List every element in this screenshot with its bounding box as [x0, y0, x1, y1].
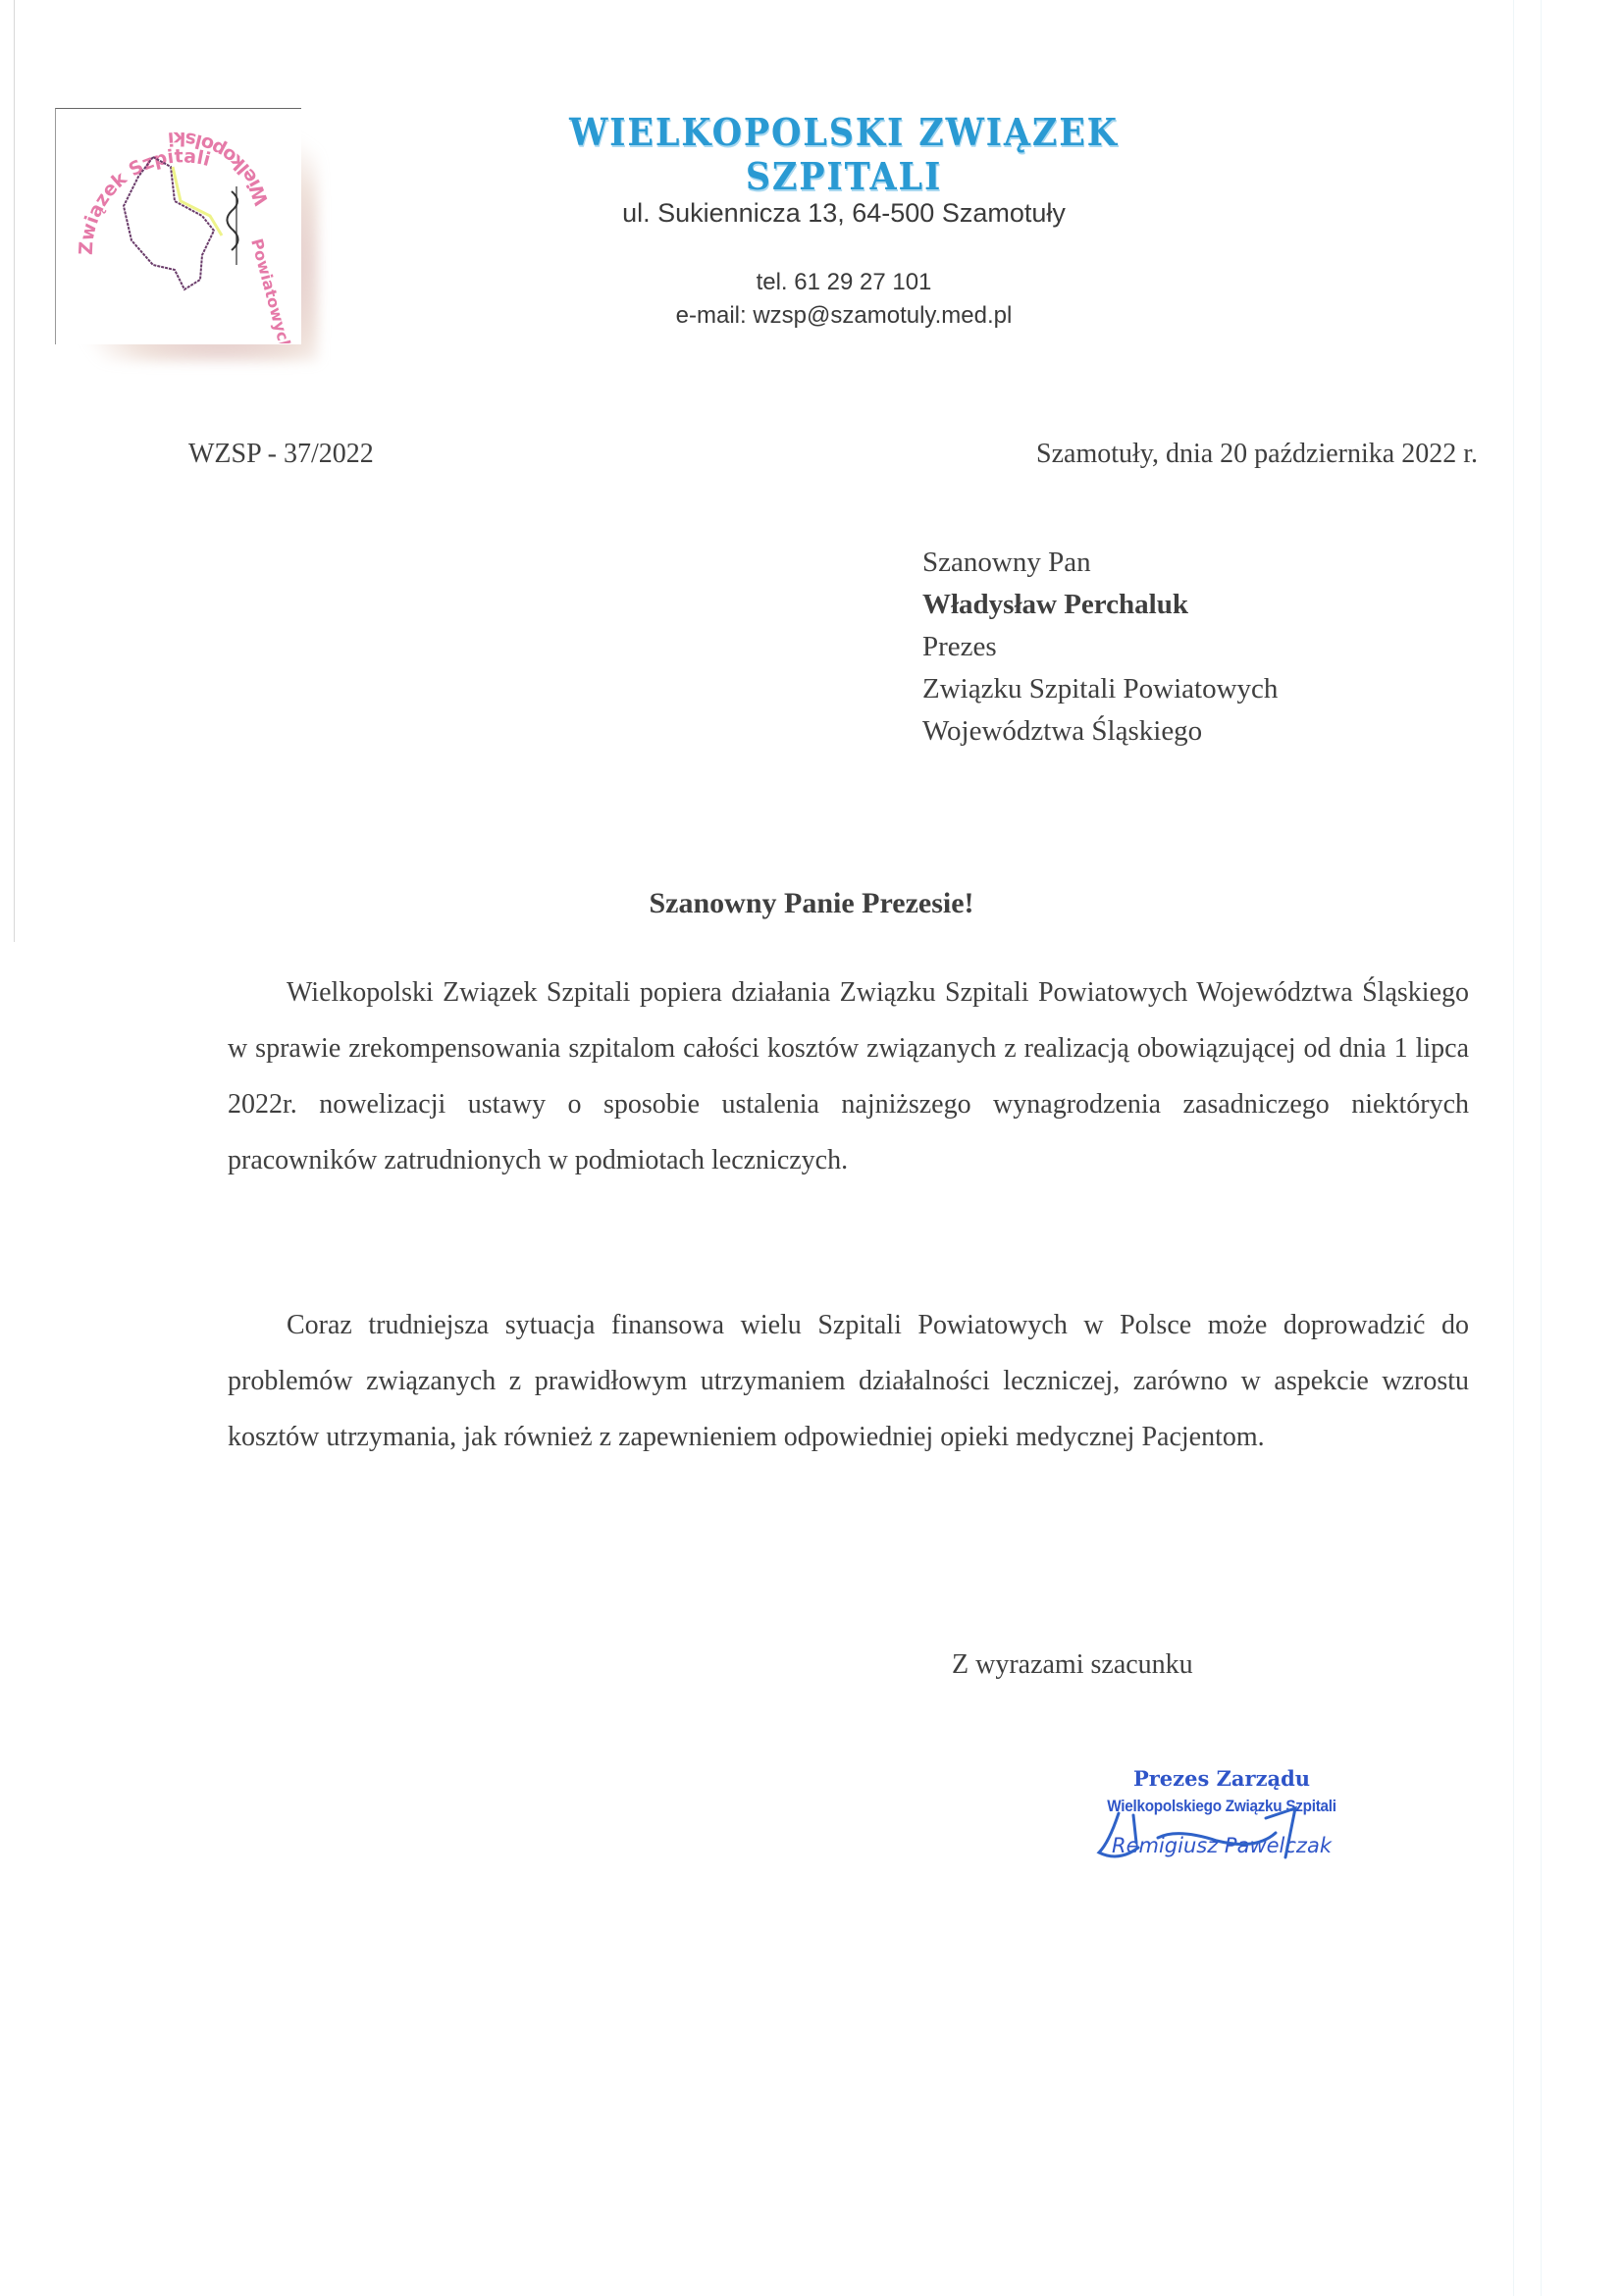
- organization-email: e-mail: wzsp@szamotuly.med.pl: [471, 302, 1217, 330]
- recipient-name: Władysław Perchaluk: [922, 584, 1278, 626]
- wielkopolska-map-and-asclepius-icon: Związek Szpitali Wielkopolski Powiatowyc…: [55, 108, 300, 343]
- reference-number: WZSP - 37/2022: [188, 439, 374, 470]
- organization-address: ul. Sukiennicza 13, 64-500 Szamotuły: [471, 198, 1217, 229]
- handwritten-signature-icon: [1089, 1803, 1344, 1872]
- closing-phrase: Z wyrazami szacunku: [952, 1649, 1193, 1681]
- recipient-org-line1: Związku Szpitali Powiatowych: [922, 668, 1278, 710]
- organization-logo: Związek Szpitali Wielkopolski Powiatowyc…: [55, 108, 300, 343]
- organization-phone: tel. 61 29 27 101: [471, 269, 1217, 296]
- salutation: Szanowny Panie Prezesie!: [0, 887, 1623, 920]
- recipient-block: Szanowny Pan Władysław Perchaluk Prezes …: [922, 542, 1278, 753]
- place-and-date: Szamotuły, dnia 20 października 2022 r.: [1036, 439, 1478, 470]
- scan-guide-line: [1541, 0, 1542, 2296]
- scan-edge-line: [14, 0, 15, 942]
- stamp-title: Prezes Zarządu: [1079, 1766, 1364, 1791]
- svg-text:Powiatowych: Powiatowych: [247, 236, 295, 343]
- scan-guide-line: [1513, 0, 1514, 2296]
- body-paragraph: Wielkopolski Związek Szpitali popiera dz…: [228, 965, 1469, 1188]
- letter-page: Związek Szpitali Wielkopolski Powiatowyc…: [0, 0, 1623, 2296]
- recipient-org-line2: Województwa Śląskiego: [922, 710, 1278, 753]
- recipient-title: Prezes: [922, 626, 1278, 668]
- body-paragraph: Coraz trudniejsza sytuacja finansowa wie…: [228, 1297, 1469, 1465]
- recipient-greeting: Szanowny Pan: [922, 542, 1278, 584]
- svg-text:Wielkopolski: Wielkopolski: [167, 128, 273, 208]
- organization-name: WIELKOPOLSKI ZWIĄZEK SZPITALI: [500, 110, 1186, 198]
- svg-text:Związek Szpitali: Związek Szpitali: [76, 145, 213, 255]
